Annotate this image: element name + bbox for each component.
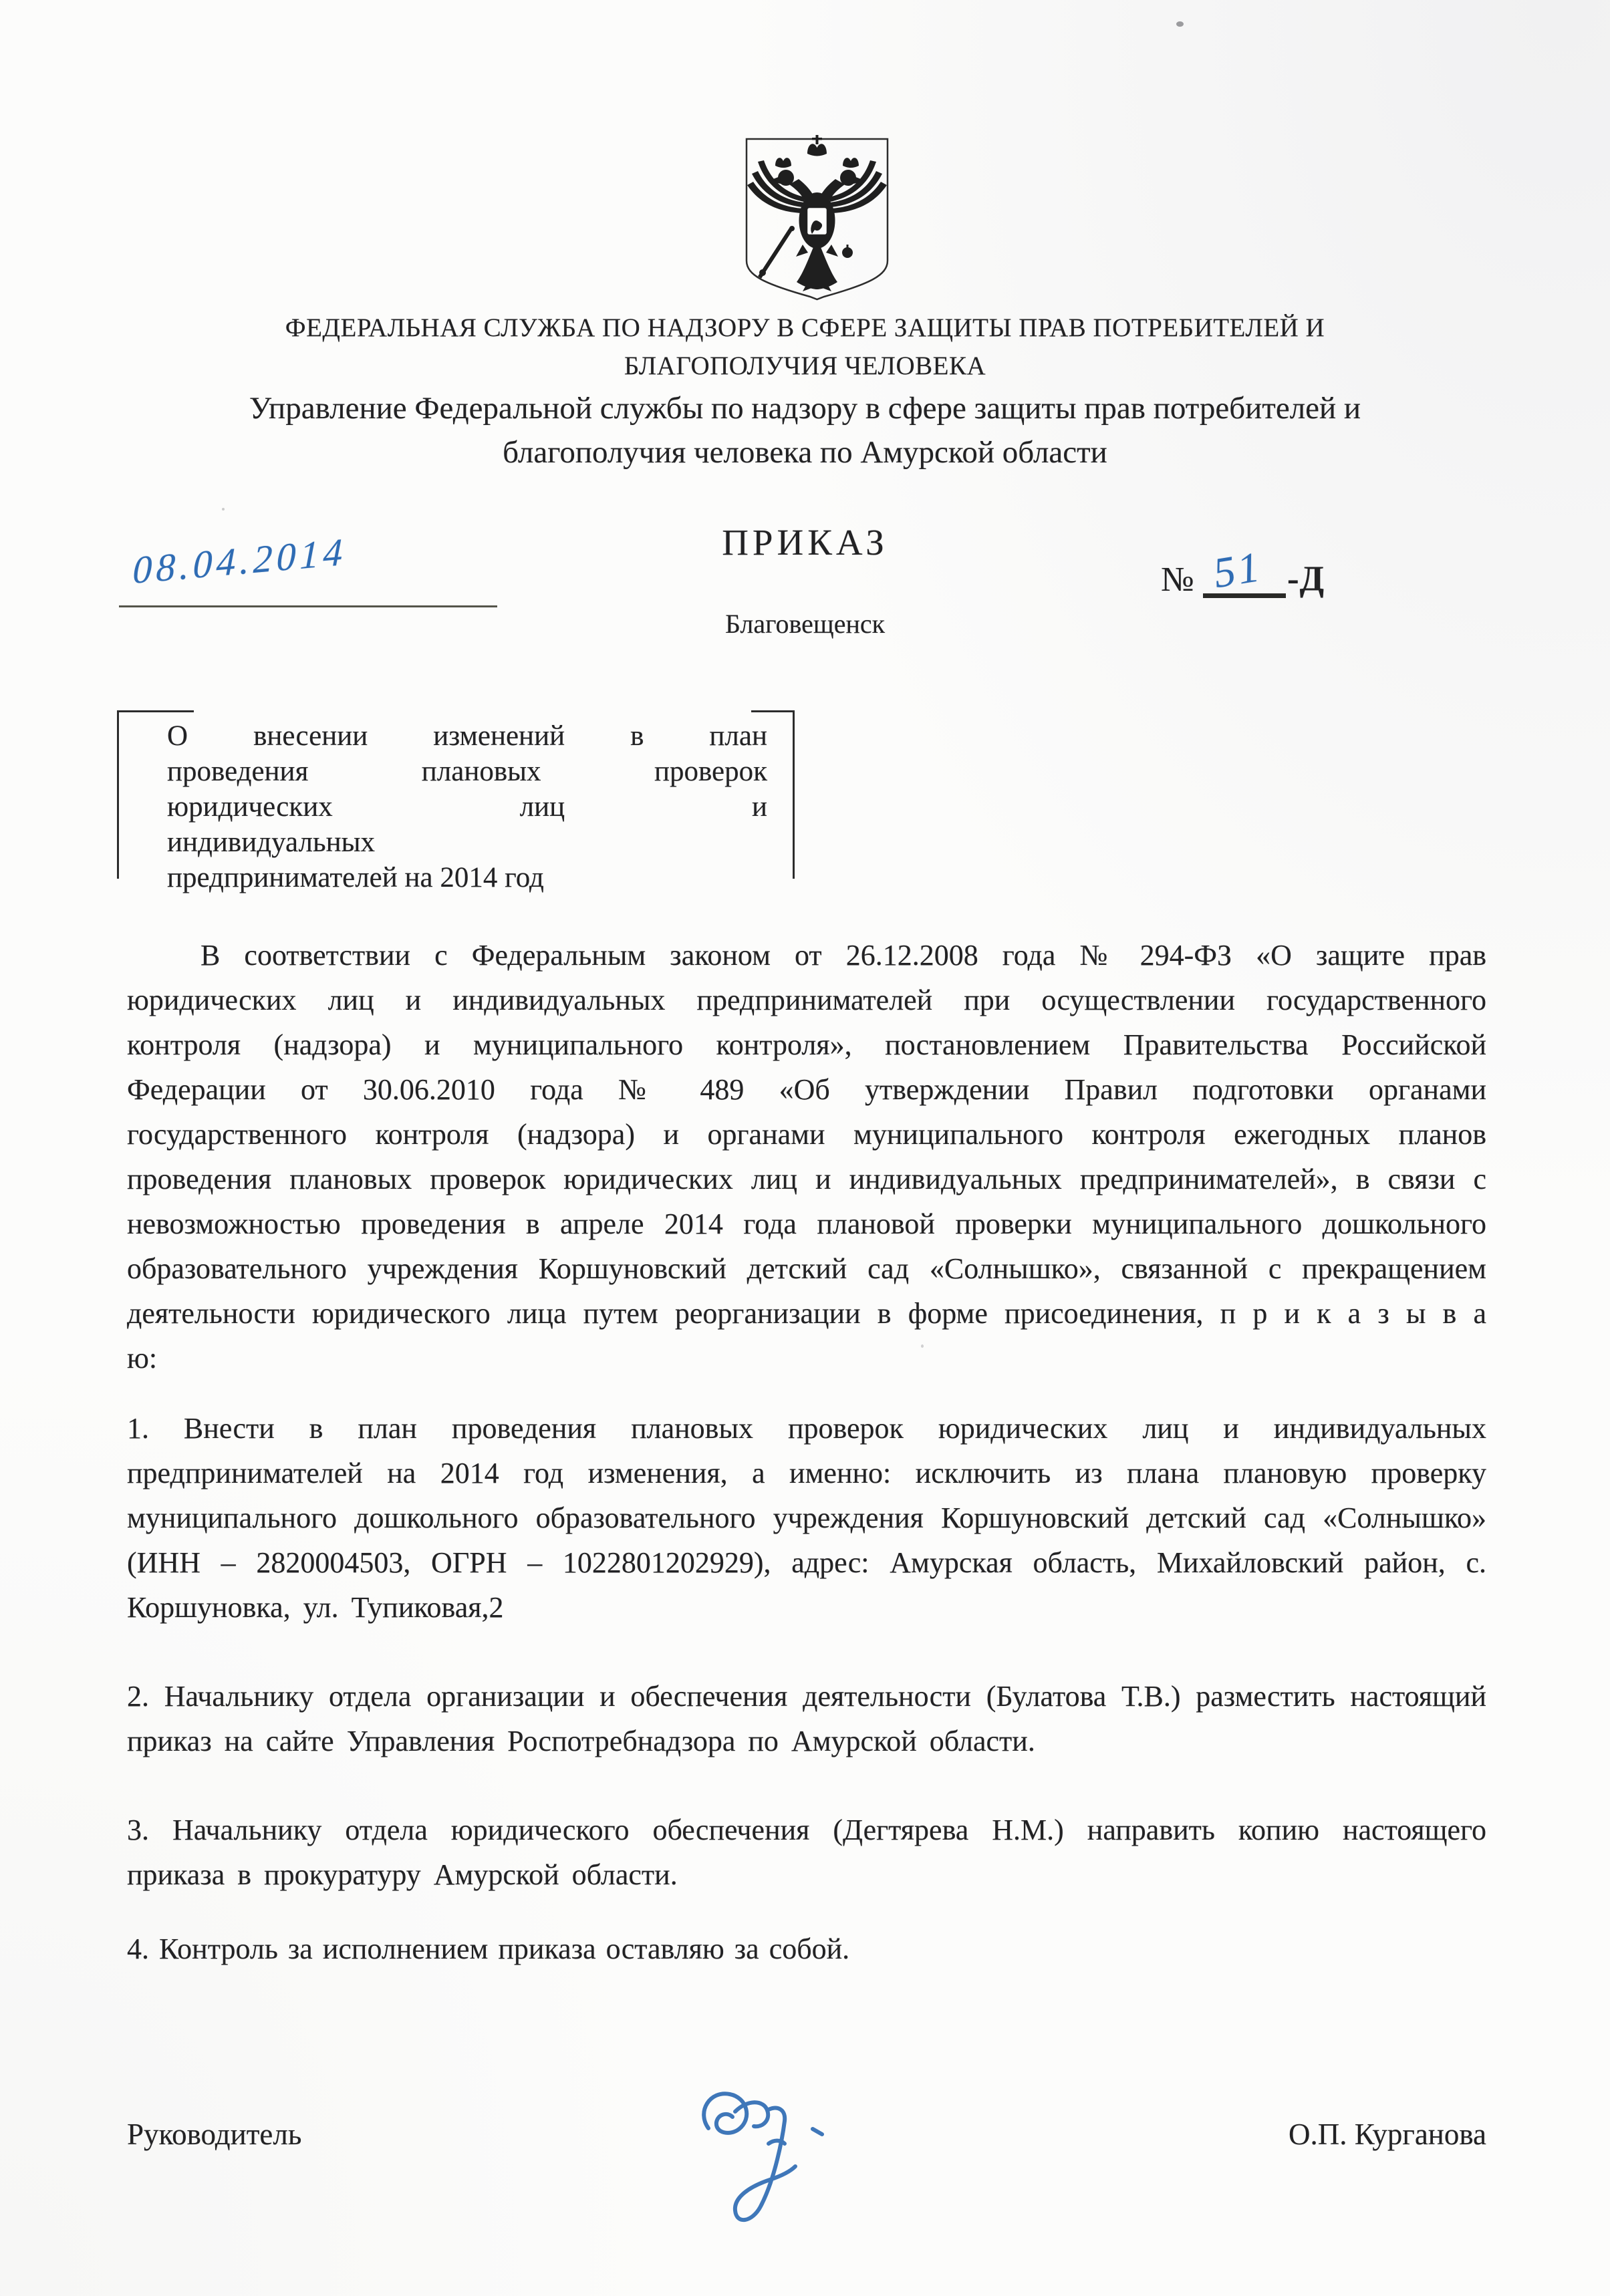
order-body: В соответствии с Федеральным законом от … (127, 933, 1486, 1971)
department-line1: Управление Федеральной службы по надзору… (0, 386, 1610, 430)
handwritten-signature-icon (668, 2065, 922, 2252)
subject-line: проведения плановых проверок (167, 754, 767, 789)
number-sign: № (1161, 560, 1194, 599)
intro-paragraph: В соответствии с Федеральным законом от … (127, 933, 1486, 1381)
order-item-1: 1. Внести в план проведения плановых про… (127, 1406, 1486, 1630)
number-suffix: -Д (1287, 559, 1325, 599)
signer-position-title: Руководитель (127, 2117, 301, 2152)
subject-line: индивидуальных (167, 825, 767, 860)
coat-of-arms-icon (739, 132, 896, 301)
city-label: Благовещенск (0, 608, 1610, 639)
date-underline (119, 605, 497, 607)
org-name-line1: ФЕДЕРАЛЬНАЯ СЛУЖБА ПО НАДЗОРУ В СФЕРЕ ЗА… (0, 309, 1610, 347)
scan-speck (1176, 21, 1184, 27)
order-item-2: 2. Начальнику отдела организации и обесп… (127, 1674, 1486, 1763)
scan-speck (921, 1344, 924, 1348)
handwritten-number: 51 (1210, 542, 1266, 598)
order-item-3: 3. Начальнику отдела юридического обеспе… (127, 1808, 1486, 1897)
org-name-line2: БЛАГОПОЛУЧИЯ ЧЕЛОВЕКА (0, 347, 1610, 385)
department-line2: благополучия человека по Амурской област… (0, 430, 1610, 474)
subject-line: предпринимателей на 2014 год (167, 860, 767, 895)
signer-name: О.П. Курганова (1289, 2117, 1486, 2152)
number-underline (1203, 593, 1286, 598)
subject-box: О внесении изменений в план проведения п… (117, 710, 795, 879)
subject-line: О внесении изменений в план (167, 718, 767, 754)
order-item-4: 4. Контроль за исполнением приказа остав… (127, 1926, 1486, 1971)
subject-line: юридических лиц и (167, 789, 767, 825)
scan-speck (222, 508, 225, 511)
scanned-order-document: { "page": { "org_name_line1": "ФЕДЕРАЛЬН… (0, 0, 1610, 2296)
